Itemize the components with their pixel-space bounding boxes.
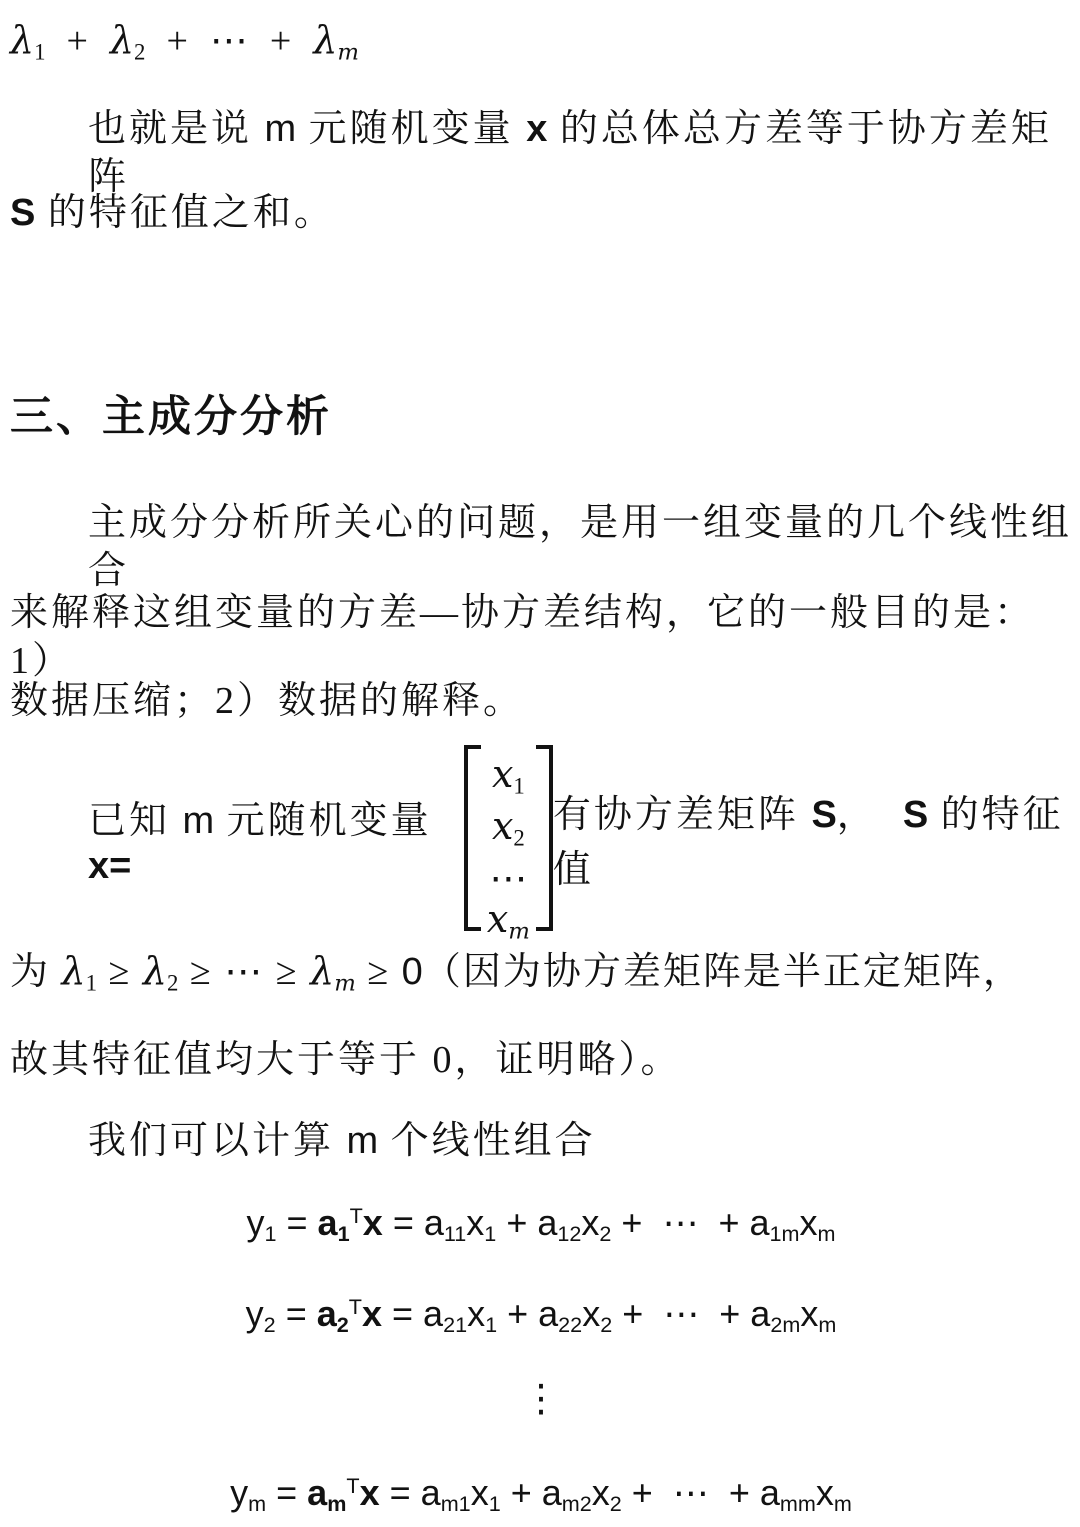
paragraph-pca-intro-line2: 来解释这组变量的方差—协方差结构，它的一般目的是：1） (10, 590, 1072, 685)
paragraph-pca-intro-line1: 主成分分析所关心的问题，是用一组变量的几个线性组合 (88, 500, 1072, 595)
vector-entry: xm (487, 899, 530, 951)
vector-bracket-left-icon (464, 745, 481, 931)
formula-eigenvalue-sum: λ1 + λ2 + ⋯ + λm (10, 18, 1072, 65)
paragraph-total-variance-line2: S 的特征值之和。 (10, 190, 1072, 238)
vector-sentence-prefix: 已知 m 元随机变量 x= (88, 789, 464, 888)
vector-entry: ⋯ (487, 859, 530, 899)
vector-column: x1 x2 ⋯ xm (481, 750, 536, 926)
vector-entry: x1 (487, 754, 530, 806)
vector-bracket-right-icon (536, 745, 553, 931)
paragraph-pca-intro-line3: 数据压缩；2）数据的解释。 (10, 678, 1072, 726)
section-heading: 三、主成分分析 (10, 383, 1072, 444)
paragraph-total-variance-line1: 也就是说 m 元随机变量 x 的总体总方差等于协方差矩阵 (88, 106, 1072, 201)
paragraph-linear-combinations-intro: 我们可以计算 m 个线性组合 (88, 1118, 1072, 1166)
formula-eigenvalue-chain-line1: 为 λ1 ≥ λ2 ≥ ⋯ ≥ λm ≥ 0（因为协方差矩阵是半正定矩阵， (10, 948, 1072, 998)
document-page: λ1 + λ2 + ⋯ + λm 也就是说 m 元随机变量 x 的总体总方差等于… (0, 0, 1080, 1527)
equation-y1: y1 = a1Tx = a11x1 + a12x2 + ⋯ + a1mxm (10, 1202, 1072, 1247)
vector-sentence-suffix: 有协方差矩阵 S， S 的特征值 (553, 783, 1072, 893)
vertical-ellipsis: ⋮ (10, 1378, 1072, 1420)
vector-entry: x2 (487, 806, 530, 858)
sentence-random-vector: 已知 m 元随机变量 x= x1 x2 ⋯ xm 有协方差矩阵 S， S 的特征… (88, 745, 1072, 931)
equation-ym: ym = amTx = am1x1 + am2x2 + ⋯ + ammxm (10, 1472, 1072, 1517)
formula-eigenvalue-chain-line2: 故其特征值均大于等于 0，证明略）。 (10, 1037, 1072, 1085)
equation-y2: y2 = a2Tx = a21x1 + a22x2 + ⋯ + a2mxm (10, 1293, 1072, 1338)
